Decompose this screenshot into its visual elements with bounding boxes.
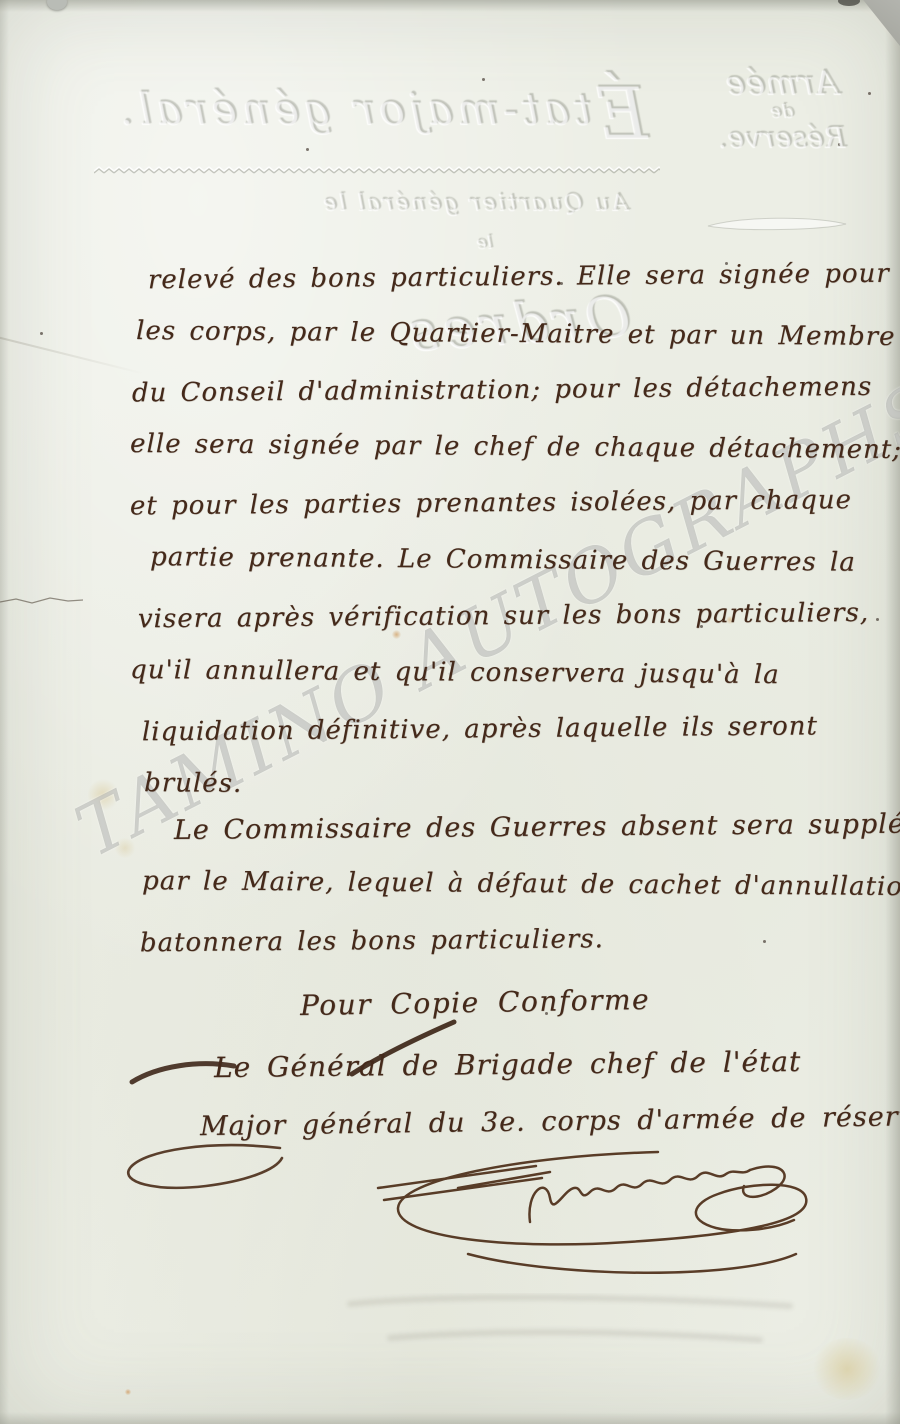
embossed-letterhead-title: État-major général.	[110, 84, 655, 135]
manuscript-line: qu'il annullera et qu'il conservera jusq…	[130, 654, 900, 717]
paper-edge-left	[0, 0, 9, 1424]
embossed-initial: É	[592, 71, 649, 155]
manuscript-line: du Conseil d'administration; pour les dé…	[130, 372, 900, 435]
embossed-title-text: tat-major général.	[116, 84, 591, 135]
manuscript-paragraph-1: relevé des bons particuliers. Elle sera …	[130, 262, 900, 827]
manuscript-line: batonnera les bons particuliers.	[130, 922, 900, 985]
paper-crease-icon	[0, 592, 84, 608]
paper-edge-bottom	[0, 1412, 900, 1424]
manuscript-line: visera après vérification sur les bons p…	[130, 598, 900, 661]
embossed-sawtooth-rule	[94, 165, 660, 177]
embossed-corner-line3: Réserve.	[690, 123, 875, 152]
manuscript-line: relevé des bons particuliers. Elle sera …	[130, 259, 900, 322]
paper-crease	[0, 331, 144, 374]
manuscript-line: elle sera signée par le chef de chaque d…	[130, 428, 900, 491]
embossed-dateline-le: le	[455, 232, 515, 253]
embossed-flourish-icon	[702, 212, 852, 238]
manuscript-line: les corps, par le Quartier-Maitre et par…	[130, 315, 900, 378]
manuscript-page: État-major général. Armée de Réserve. Au…	[0, 0, 900, 1424]
signature-flourish	[318, 1136, 858, 1288]
embossed-dateline: Au Quartier général le	[320, 190, 630, 216]
paper-stain	[125, 1389, 131, 1395]
embossed-corner-line2: de	[690, 100, 875, 123]
manuscript-line: liquidation définitive, après laquelle i…	[130, 711, 900, 774]
ink-showthrough	[330, 1286, 810, 1356]
closing-rank-line: Le Général de Brigade chef de l'état	[214, 1045, 802, 1084]
paper-stain	[812, 1338, 882, 1400]
paper-edge-top	[0, 0, 900, 12]
manuscript-paragraph-2: Le Commissaire des Guerres absent sera s…	[130, 812, 900, 982]
manuscript-line: par le Maire, lequel à défaut de cachet …	[130, 865, 900, 928]
manuscript-line: Le Commissaire des Guerres absent sera s…	[130, 809, 900, 872]
paper-stain	[88, 778, 118, 812]
manuscript-line: et pour les parties prenantes isolées, p…	[130, 485, 900, 548]
embossed-corner-stamp: Armée de Réserve.	[690, 66, 875, 152]
embossed-corner-line1: Armée	[726, 63, 839, 103]
pen-flourish-icon	[120, 1138, 290, 1200]
closing-copy-conforme: Pour Copie Conforme	[300, 983, 651, 1022]
manuscript-line: partie prenante. Le Commissaire des Guer…	[130, 541, 900, 604]
